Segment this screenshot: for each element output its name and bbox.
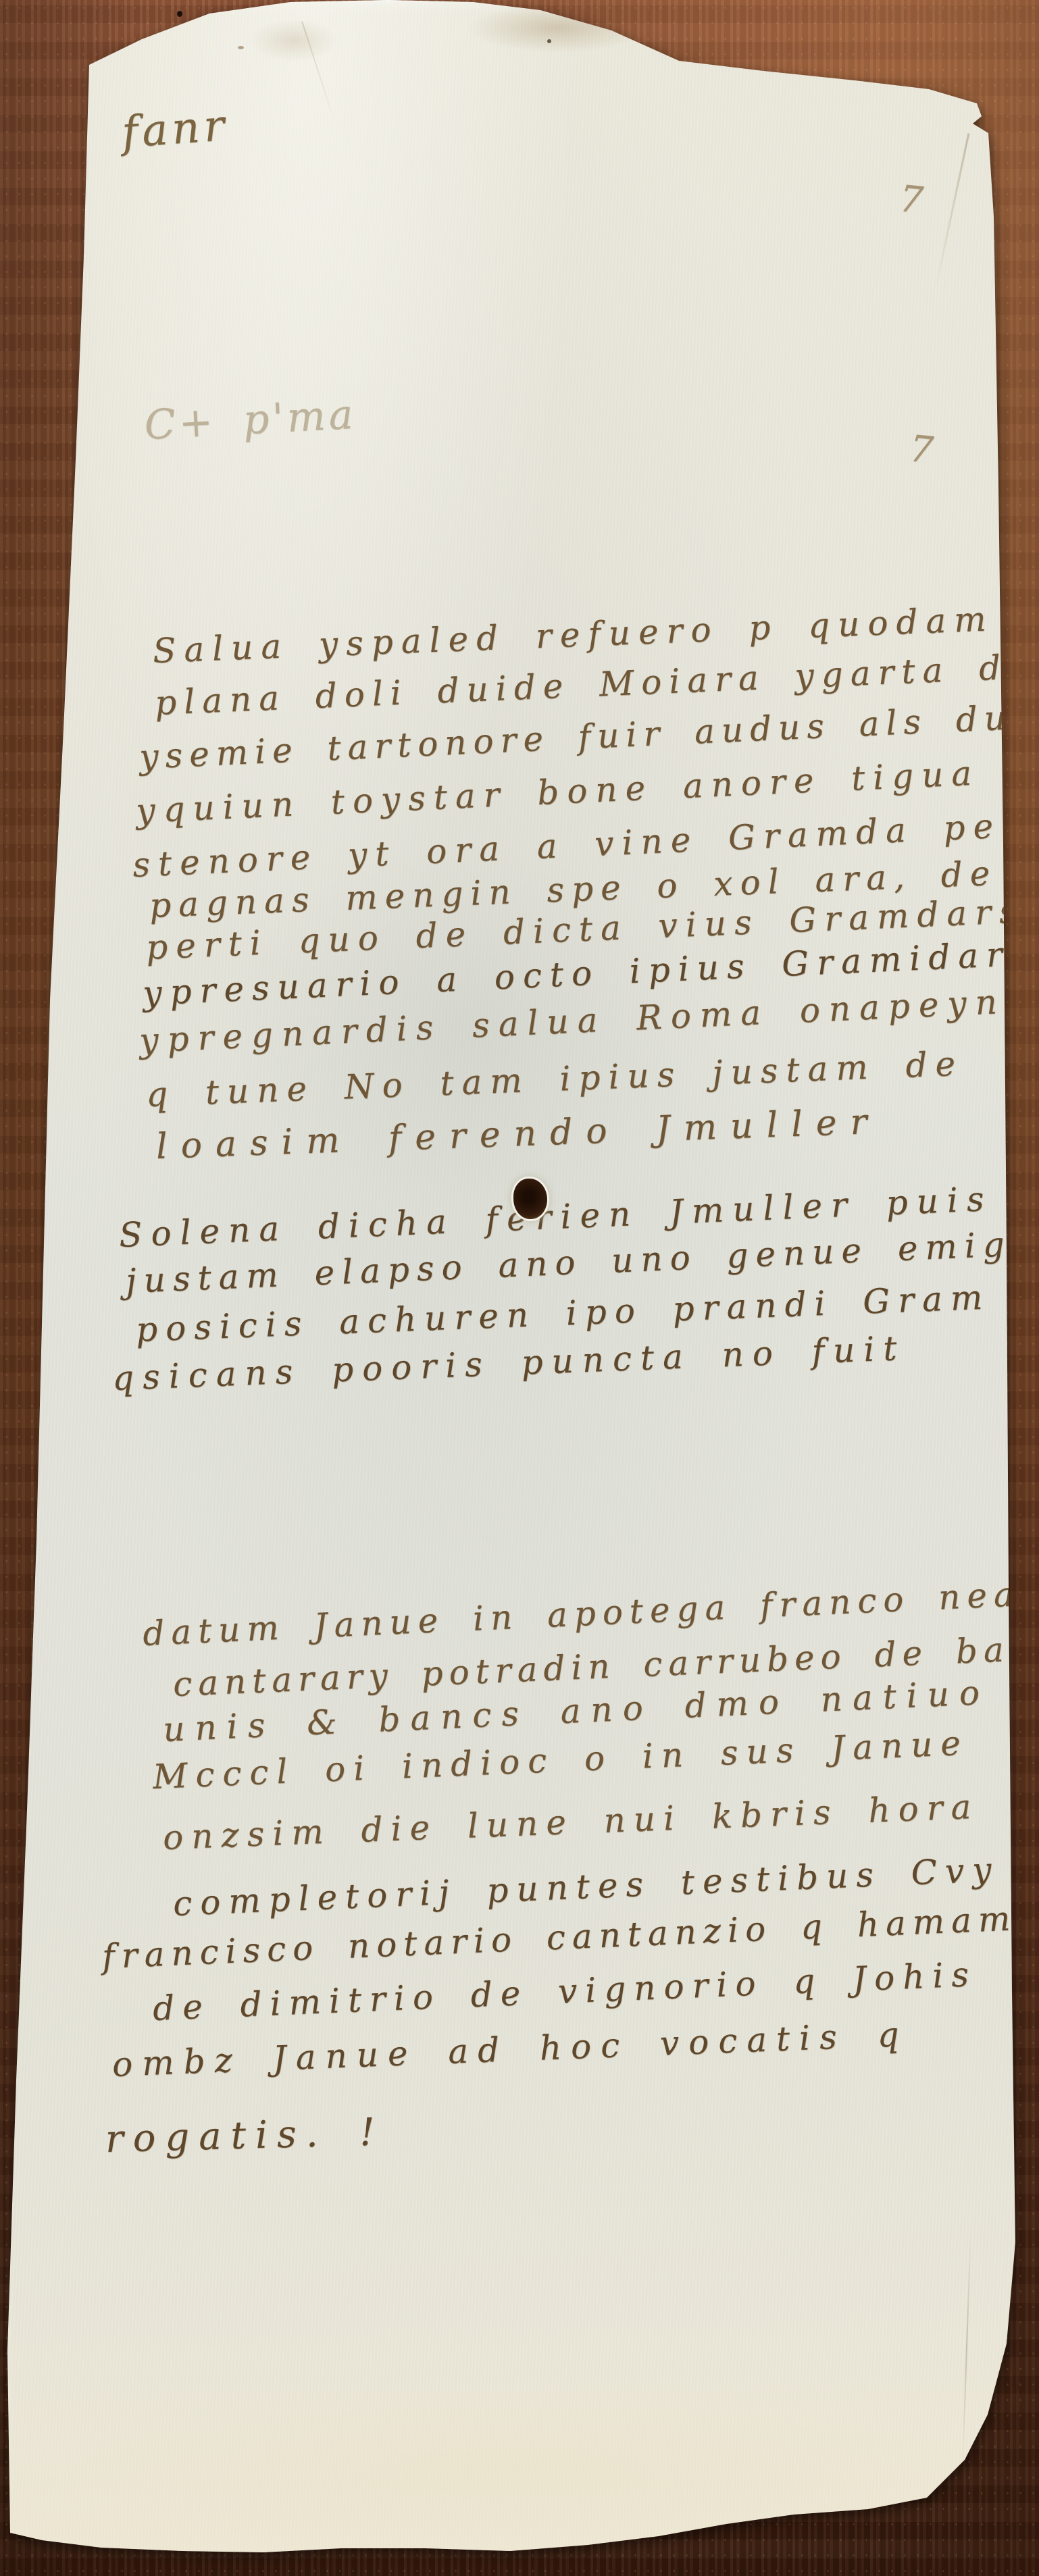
manuscript-line: perti quo de dicta vius Gramdars xyxy=(145,892,1025,967)
manuscript-line: unis & bancs ano dmo natiuo xyxy=(162,1672,990,1749)
manuscript-line: Solena dicha ferien Jmuller puis xyxy=(118,1179,994,1255)
manuscript-line: posicis achuren ipo prandi Gram xyxy=(135,1277,991,1349)
manuscript-line: francisco notario cantanzio q hamam xyxy=(101,1899,1017,1976)
paper-sheet-wrapper: fanr C+ p'ma 7 7 Salua yspaled refuero p… xyxy=(0,0,1039,2576)
manuscript-line: qsicans pooris puncta no fuit xyxy=(111,1329,906,1398)
faded-registration-mark: C+ p'ma xyxy=(143,391,357,449)
manuscript-line: stenore yt ora a vine Gramda pen xyxy=(132,805,1032,885)
manuscript-line: onzsim die lune nui kbris hora xyxy=(162,1787,980,1857)
manuscript-line: ysemie tartonore fuir audus als duo xyxy=(138,696,1039,776)
archival-mark-fanr: fanr xyxy=(120,101,230,158)
paper-stain xyxy=(223,844,709,1209)
wormhole xyxy=(513,1179,547,1219)
paper-sheet: fanr C+ p'ma 7 7 Salua yspaled refuero p… xyxy=(0,0,1039,2576)
manuscript-line: q tune No tam ipius justam de xyxy=(145,1044,964,1114)
paper-crease xyxy=(935,133,970,288)
manuscript-line: de dimitrio de vignorio q Johis xyxy=(152,1955,978,2028)
ink-speck xyxy=(547,39,551,43)
paper-crease xyxy=(301,21,335,121)
manuscript-line: ypresuario a octo ipius Gramidare xyxy=(142,933,1039,1013)
paper-stain xyxy=(250,19,338,62)
paper-stain xyxy=(81,2391,946,2546)
manuscript-line: rogatis. ! xyxy=(105,2110,385,2161)
manuscript-line: completorij puntes testibus Cvy xyxy=(172,1850,1000,1924)
flourish-mark-top-right: 7 xyxy=(897,177,933,223)
manuscript-line: loasim ferendo Jmuller xyxy=(155,1102,881,1167)
manuscript-line: cantarary potradin carrubeo de banv xyxy=(172,1628,1039,1704)
manuscript-line: ombz Janue ad hoc vocatis q xyxy=(111,2015,909,2084)
manuscript-line: Mcccl oi indioc o in sus Janue xyxy=(152,1723,969,1797)
manuscript-photo-scene: fanr C+ p'ma 7 7 Salua yspaled refuero p… xyxy=(0,0,1039,2576)
manuscript-line: pagnas mengin spe o xol ara, de xyxy=(149,854,998,925)
manuscript-line: yquiun toystar bone anore tigua xyxy=(135,753,980,831)
manuscript-line: Salua yspaled refuero p quodam xyxy=(152,599,995,671)
manuscript-line: plana doli duide Moiara ygarta de xyxy=(154,646,1036,723)
ink-speck xyxy=(238,46,244,49)
paper-stain xyxy=(466,3,649,53)
paper-crease xyxy=(962,2236,971,2458)
manuscript-line: ypregnardis salua Roma onapeyn xyxy=(138,982,1007,1060)
manuscript-line: datum Janue in apotega franco neay xyxy=(142,1573,1039,1653)
flourish-mark-right: 7 xyxy=(907,427,943,473)
manuscript-line: justam elapso ano uno genue emigo xyxy=(125,1223,1039,1301)
